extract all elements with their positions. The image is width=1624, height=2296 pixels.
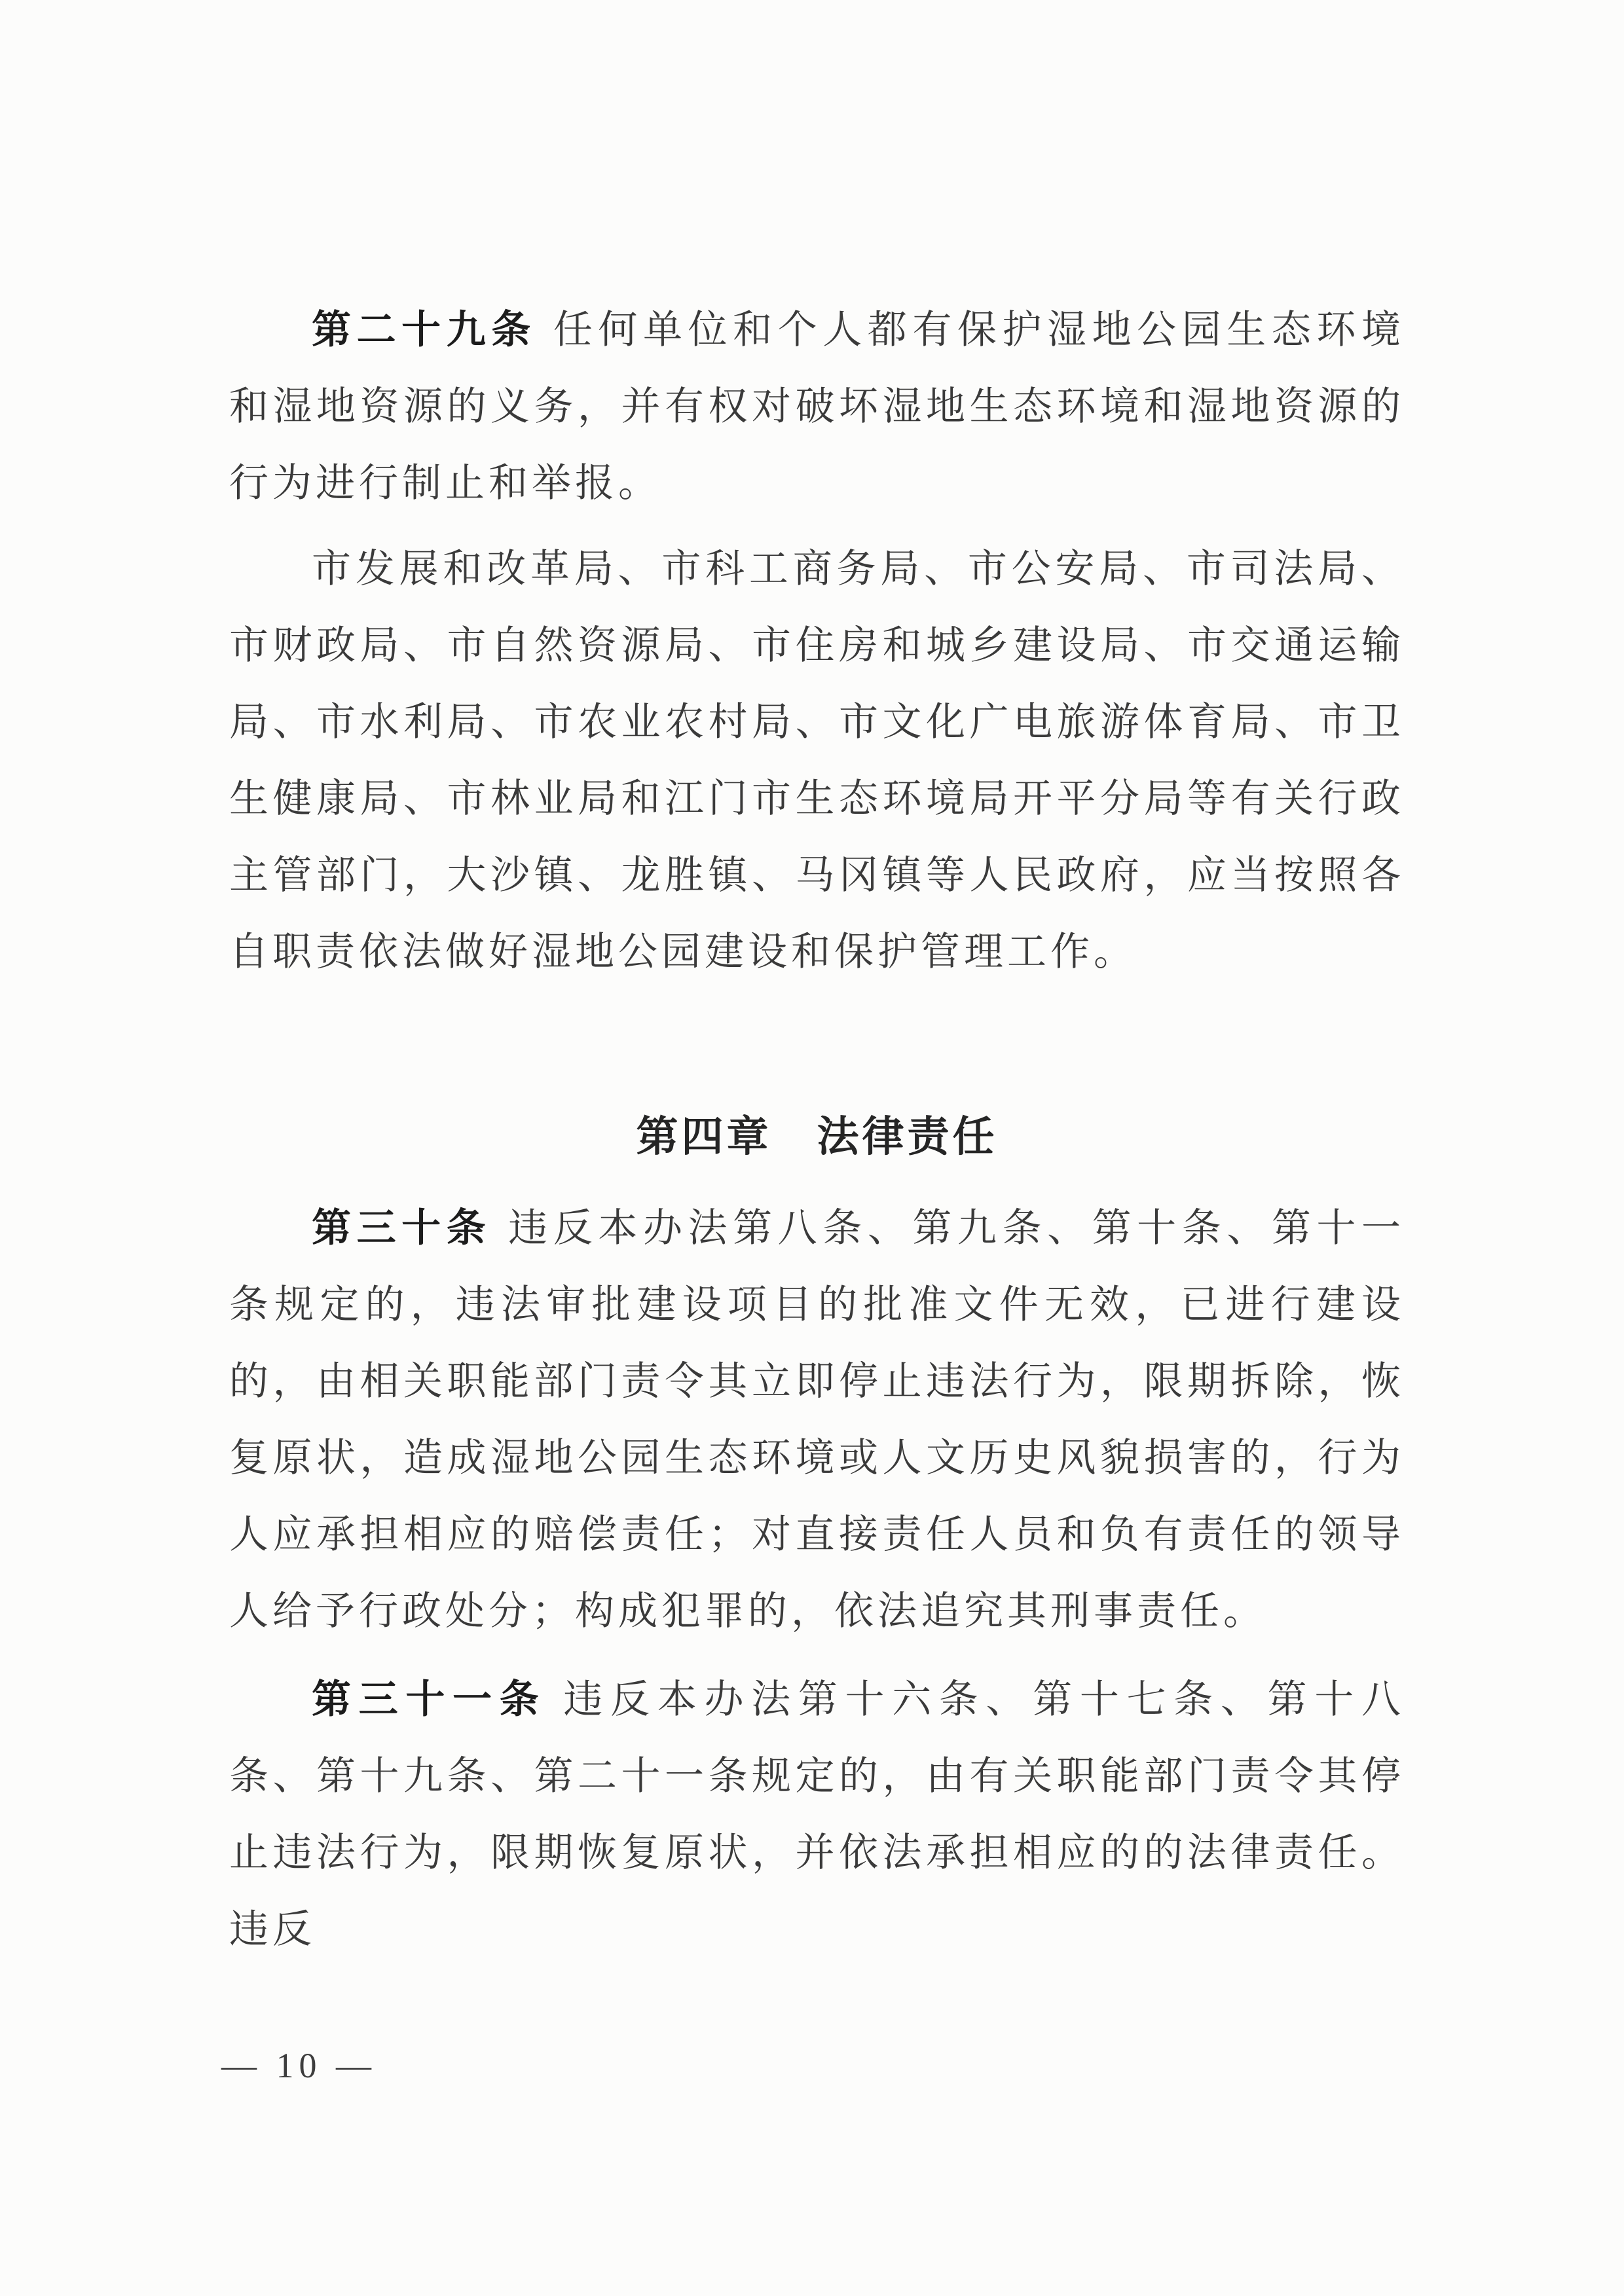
article-30-number: 第三十条 bbox=[312, 1207, 491, 1250]
page-number: — 10 — bbox=[221, 2038, 377, 2093]
document-body: 第二十九条任何单位和个人都有保护湿地公园生态环境和湿地资源的义务，并有权对破坏湿… bbox=[229, 0, 1405, 1968]
document-page: 第二十九条任何单位和个人都有保护湿地公园生态环境和湿地资源的义务，并有权对破坏湿… bbox=[0, 0, 1624, 2296]
article-30-text: 违反本办法第八条、第九条、第十条、第十一条规定的，违法审批建设项目的批准文件无效… bbox=[229, 1207, 1405, 1633]
article-31-number: 第三十一条 bbox=[312, 1678, 546, 1721]
article-29-number: 第二十九条 bbox=[312, 308, 536, 352]
departments-text: 市发展和改革局、市科工商务局、市公安局、市司法局、市财政局、市自然资源局、市住房… bbox=[229, 547, 1405, 974]
departments-paragraph: 市发展和改革局、市科工商务局、市公安局、市司法局、市财政局、市自然资源局、市住房… bbox=[229, 531, 1405, 991]
article-31-paragraph: 第三十一条违反本办法第十六条、第十七条、第十八条、第十九条、第二十一条规定的，由… bbox=[229, 1662, 1405, 1968]
article-29-paragraph: 第二十九条任何单位和个人都有保护湿地公园生态环境和湿地资源的义务，并有权对破坏湿… bbox=[229, 292, 1405, 522]
chapter-4-heading: 第四章 法律责任 bbox=[229, 1099, 1405, 1175]
article-30-paragraph: 第三十条违反本办法第八条、第九条、第十条、第十一条规定的，违法审批建设项目的批准… bbox=[229, 1190, 1405, 1650]
